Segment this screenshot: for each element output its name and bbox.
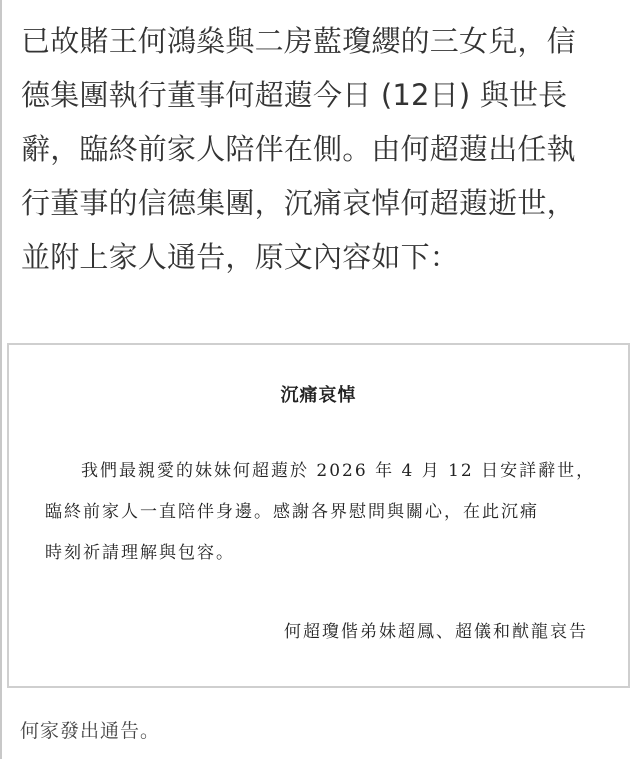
intro-line: 並附上家人通告，原文內容如下： <box>21 230 631 284</box>
notice-title: 沉痛哀悼 <box>9 381 628 407</box>
family-notice-image: 沉痛哀悼 我們最親愛的妹妹何超蕸於 2026 年 4 月 12 日安詳辭世， 臨… <box>7 343 630 688</box>
notice-body-line: 時刻祈請理解與包容。 <box>45 533 605 574</box>
notice-body-line: 臨終前家人一直陪伴身邊。感謝各界慰問與關心，在此沉痛 <box>45 492 605 533</box>
intro-line: 辭，臨終前家人陪伴在側。由何超蕸出任執 <box>21 122 631 176</box>
notice-signature: 何超瓊偕弟妹超鳳、超儀和猷龍哀告 <box>284 617 588 642</box>
left-border-rule <box>0 0 2 759</box>
notice-body: 我們最親愛的妹妹何超蕸於 2026 年 4 月 12 日安詳辭世， 臨終前家人一… <box>45 451 605 574</box>
intro-line: 已故賭王何鴻燊與二房藍瓊纓的三女兒，信 <box>21 14 631 68</box>
article-intro-paragraph: 已故賭王何鴻燊與二房藍瓊纓的三女兒，信 德集團執行董事何超蕸今日 (12日) 與… <box>21 14 631 284</box>
intro-line: 德集團執行董事何超蕸今日 (12日) 與世長 <box>21 68 631 122</box>
notice-body-line: 我們最親愛的妹妹何超蕸於 2026 年 4 月 12 日安詳辭世， <box>45 451 605 492</box>
intro-line: 行董事的信德集團，沉痛哀悼何超蕸逝世， <box>21 176 631 230</box>
image-caption: 何家發出通告。 <box>20 716 160 743</box>
